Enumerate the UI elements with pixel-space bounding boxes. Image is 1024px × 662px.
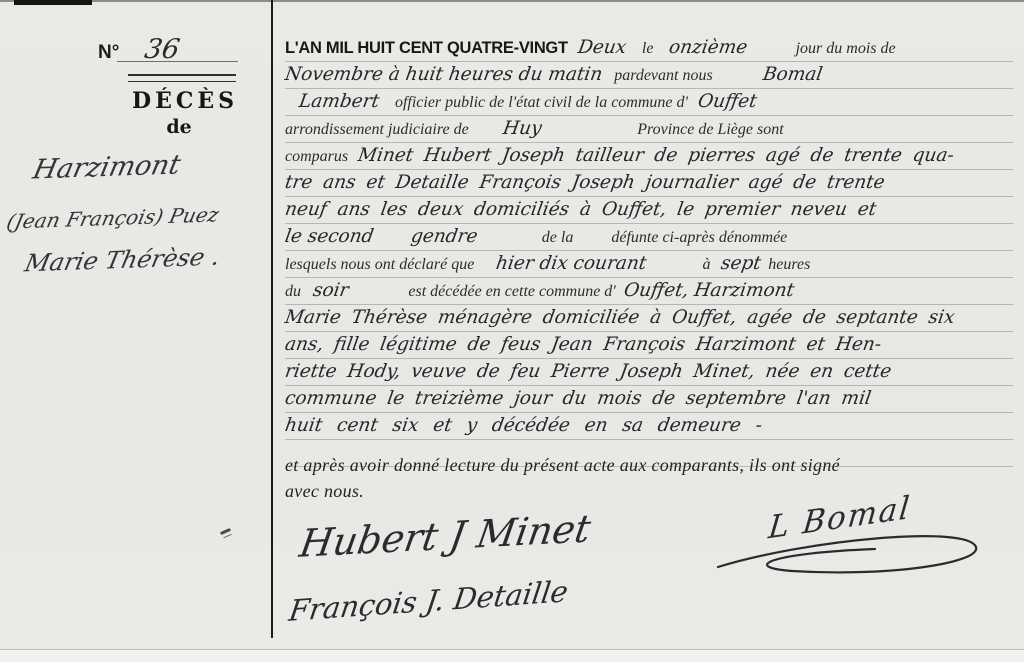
act-line-11: Marie Thérèse ménagère domiciliée à Ouff… bbox=[285, 305, 1013, 332]
act-title-sub: de bbox=[104, 116, 254, 138]
printed-segment: de la bbox=[542, 229, 574, 246]
margin-deceased-surname: Harzimont bbox=[30, 149, 183, 185]
margin-deceased-firstname: Marie Thérèse . bbox=[22, 243, 223, 278]
act-line-8: le second gendre de la défunte ci-après … bbox=[285, 224, 1013, 251]
handwritten-segment: Bomal bbox=[761, 62, 824, 88]
death-record-scan: { "colors": { "paper": "#e9e8e4", "ink":… bbox=[0, 0, 1024, 662]
margin-double-rule bbox=[128, 74, 236, 82]
act-line-7: neuf ans les deux domiciliés à Ouffet, l… bbox=[285, 197, 1013, 224]
handwritten-segment: soir bbox=[311, 278, 351, 304]
signature-flourish bbox=[700, 515, 1000, 585]
act-line-13: riette Hody, veuve de feu Pierre Joseph … bbox=[285, 359, 1013, 386]
printed-segment: le bbox=[642, 40, 654, 57]
margin-divider-rule bbox=[271, 0, 273, 638]
printed-segment: à bbox=[703, 256, 711, 273]
printed-segment: officier public de l'état civil de la co… bbox=[395, 94, 688, 111]
act-line-14: commune le treizième jour du mois de sep… bbox=[285, 386, 1013, 413]
handwritten-segment: riette Hody, veuve de feu Pierre Joseph … bbox=[283, 359, 893, 385]
handwritten-segment: Ouffet bbox=[696, 89, 759, 115]
act-line-2: Novembre à huit heures du matin pardevan… bbox=[285, 62, 1013, 89]
printed-segment: lesquels nous ont déclaré que bbox=[285, 256, 474, 273]
handwritten-segment: commune le treizième jour du mois de sep… bbox=[283, 386, 873, 412]
handwritten-segment: neuf ans les deux domiciliés à Ouffet, l… bbox=[283, 197, 878, 223]
printed-segment: comparus bbox=[285, 148, 348, 165]
handwritten-segment: le second bbox=[283, 224, 376, 250]
handwritten-segment: huit cent six et y décédée en sa demeure… bbox=[283, 413, 764, 439]
handwritten-segment: tre ans et Detaille François Joseph jour… bbox=[283, 170, 887, 196]
printed-segment: pardevant nous bbox=[614, 67, 713, 84]
printed-segment: jour du mois de bbox=[796, 40, 896, 57]
act-number-underline bbox=[117, 61, 238, 62]
act-line-6: tre ans et Detaille François Joseph jour… bbox=[285, 170, 1013, 197]
act-line-1: L'AN MIL HUIT CENT QUATRE-VINGT Deux le … bbox=[285, 35, 1013, 62]
act-line-9: lesquels nous ont déclaré que hier dix c… bbox=[285, 251, 1013, 278]
handwritten-segment: Minet Hubert Joseph tailleur de pierres … bbox=[356, 143, 956, 169]
act-line-5: comparus Minet Hubert Joseph tailleur de… bbox=[285, 143, 1013, 170]
printed-segment: du bbox=[285, 283, 301, 300]
act-title: DÉCÈS bbox=[110, 88, 260, 114]
handwritten-segment: ans, fille légitime de feus Jean Françoi… bbox=[283, 332, 883, 358]
margin-deceased-parent-note: (Jean François) Puez bbox=[5, 202, 222, 233]
act-body: L'AN MIL HUIT CENT QUATRE-VINGT Deux le … bbox=[285, 35, 1013, 467]
handwritten-segment: onzième bbox=[667, 35, 749, 61]
printed-segment: Province de Liège sont bbox=[637, 121, 783, 138]
act-line-15: huit cent six et y décédée en sa demeure… bbox=[285, 413, 1013, 440]
handwritten-segment: Lambert bbox=[297, 89, 381, 115]
handwritten-segment: sept bbox=[718, 251, 762, 277]
printed-segment: défunte ci-après dénommée bbox=[611, 229, 787, 246]
printed-segment: heures bbox=[768, 256, 810, 273]
handwritten-segment: Huy bbox=[501, 116, 544, 142]
printed-segment: L'AN MIL HUIT CENT QUATRE-VINGT bbox=[285, 39, 568, 57]
act-line-4: arrondissement judiciaire de Huy Provinc… bbox=[285, 116, 1013, 143]
handwritten-segment: Novembre à huit heures du matin bbox=[283, 62, 604, 88]
handwritten-segment: Deux bbox=[576, 35, 628, 61]
handwritten-segment: hier dix courant bbox=[494, 251, 648, 277]
act-line-3: Lambert officier public de l'état civil … bbox=[285, 89, 1013, 116]
act-number-label: N° bbox=[98, 42, 119, 63]
margin-column: N° 36 DÉCÈS de Harzimont (Jean François)… bbox=[0, 0, 271, 662]
handwritten-segment: gendre bbox=[409, 224, 479, 250]
printed-segment: arrondissement judiciaire de bbox=[285, 121, 469, 138]
act-line-10: du soir est décédée en cette commune d' … bbox=[285, 278, 1013, 305]
printed-segment: est décédée en cette commune d' bbox=[408, 283, 615, 300]
act-line-12: ans, fille légitime de feus Jean Françoi… bbox=[285, 332, 1013, 359]
handwritten-segment: Marie Thérèse ménagère domiciliée à Ouff… bbox=[283, 305, 957, 331]
closing-line-1: et après avoir donné lecture du présent … bbox=[285, 452, 1013, 478]
handwritten-segment: Ouffet, Harzimont bbox=[622, 278, 796, 304]
